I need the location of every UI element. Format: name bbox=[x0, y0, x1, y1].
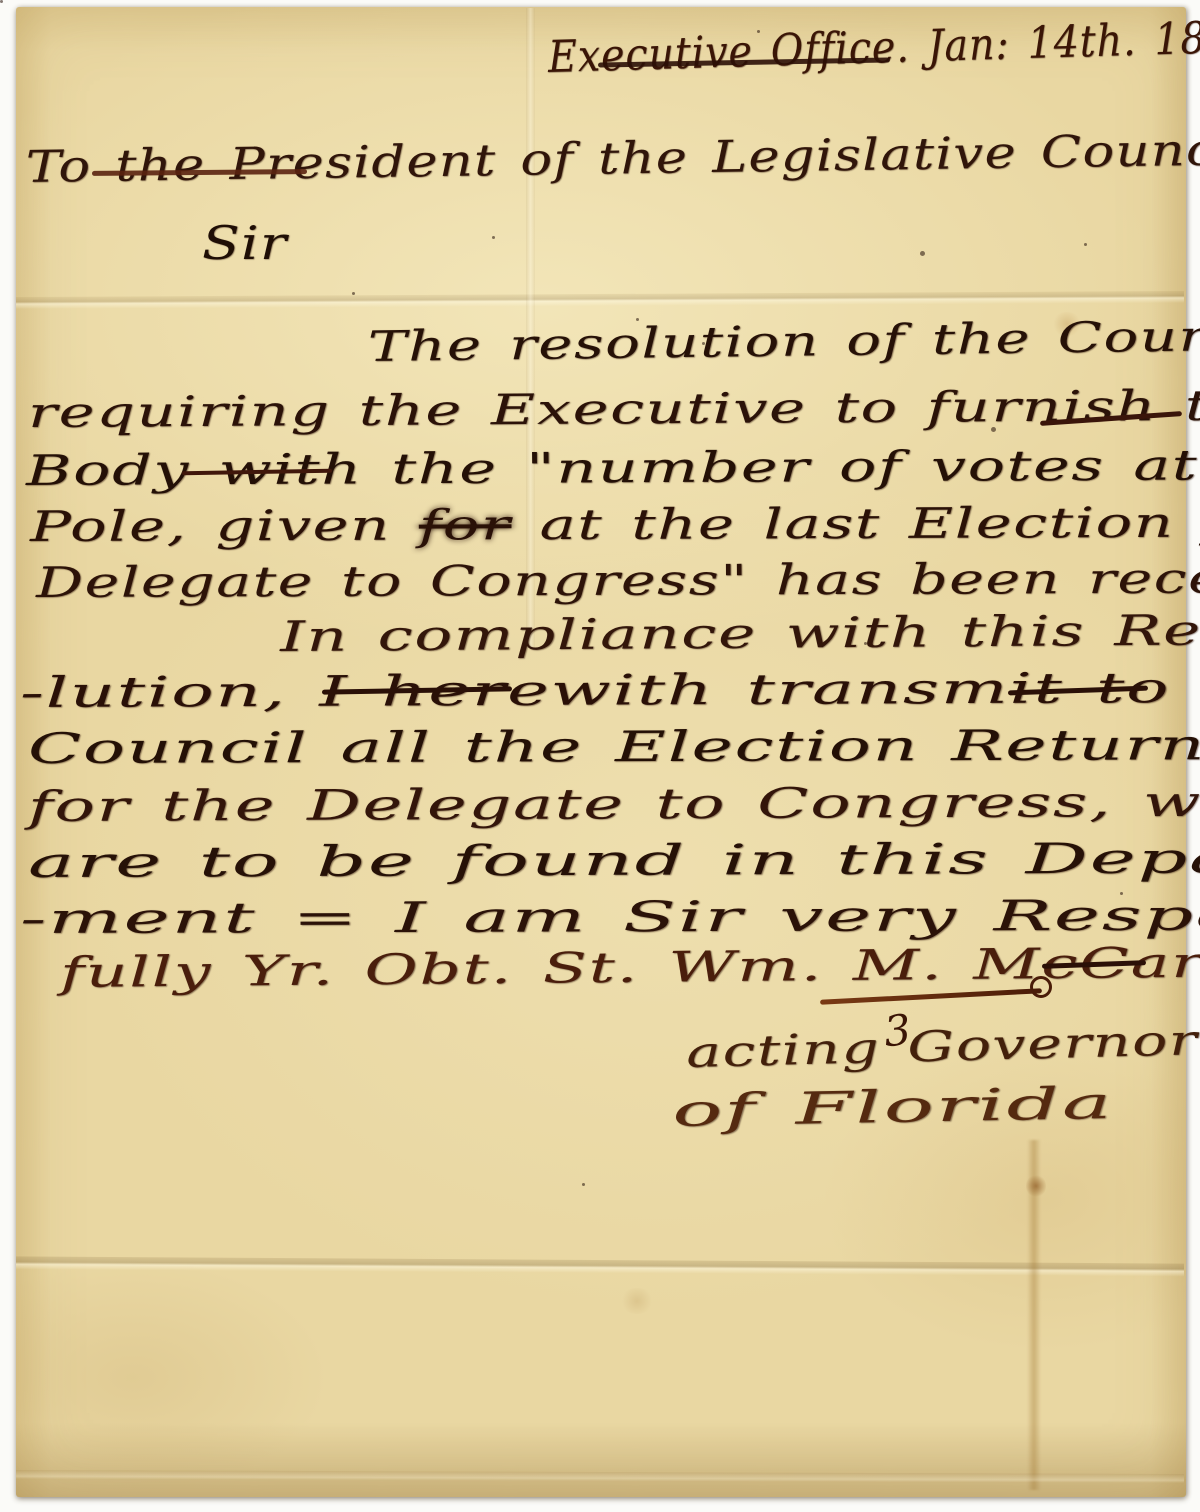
body-line-4-pre: Pole, given bbox=[30, 501, 419, 551]
body-line-3: Body with the "number of votes at each bbox=[26, 440, 1200, 495]
body-line-4-post: at the last Election for bbox=[511, 497, 1200, 549]
scanned-letter-page: Executive Office. Jan: 14th. 1828 To the… bbox=[0, 0, 1200, 1512]
crossed-out-word: for bbox=[419, 500, 512, 549]
ink-specks bbox=[0, 0, 3, 3]
body-line-2: requiring the Executive to furnish that bbox=[28, 380, 1200, 437]
body-line-7: -lution, I herewith transmit to the bbox=[20, 663, 1200, 717]
salutation: Sir bbox=[202, 216, 287, 270]
body-line-9: for the Delegate to Congress, which bbox=[28, 776, 1200, 831]
body-line-1: The resolution of the Council bbox=[367, 310, 1200, 371]
body-line-4: Pole, given for at the last Election for bbox=[30, 497, 1200, 551]
body-line-5: Delegate to Congress" has been received. bbox=[36, 553, 1200, 607]
body-line-11: -ment = I am Sir very Respect- bbox=[20, 890, 1200, 943]
body-line-12-signature: fully Yr. Obt. St. Wm. M. McCarty bbox=[59, 937, 1200, 997]
body-line-8: Council all the Election Returns bbox=[28, 720, 1200, 773]
body-line-6: In compliance with this Reso bbox=[280, 605, 1200, 661]
closing-line-2: of Florida bbox=[670, 1078, 1115, 1137]
body-line-10: are to be found in this Depart- bbox=[28, 833, 1200, 887]
